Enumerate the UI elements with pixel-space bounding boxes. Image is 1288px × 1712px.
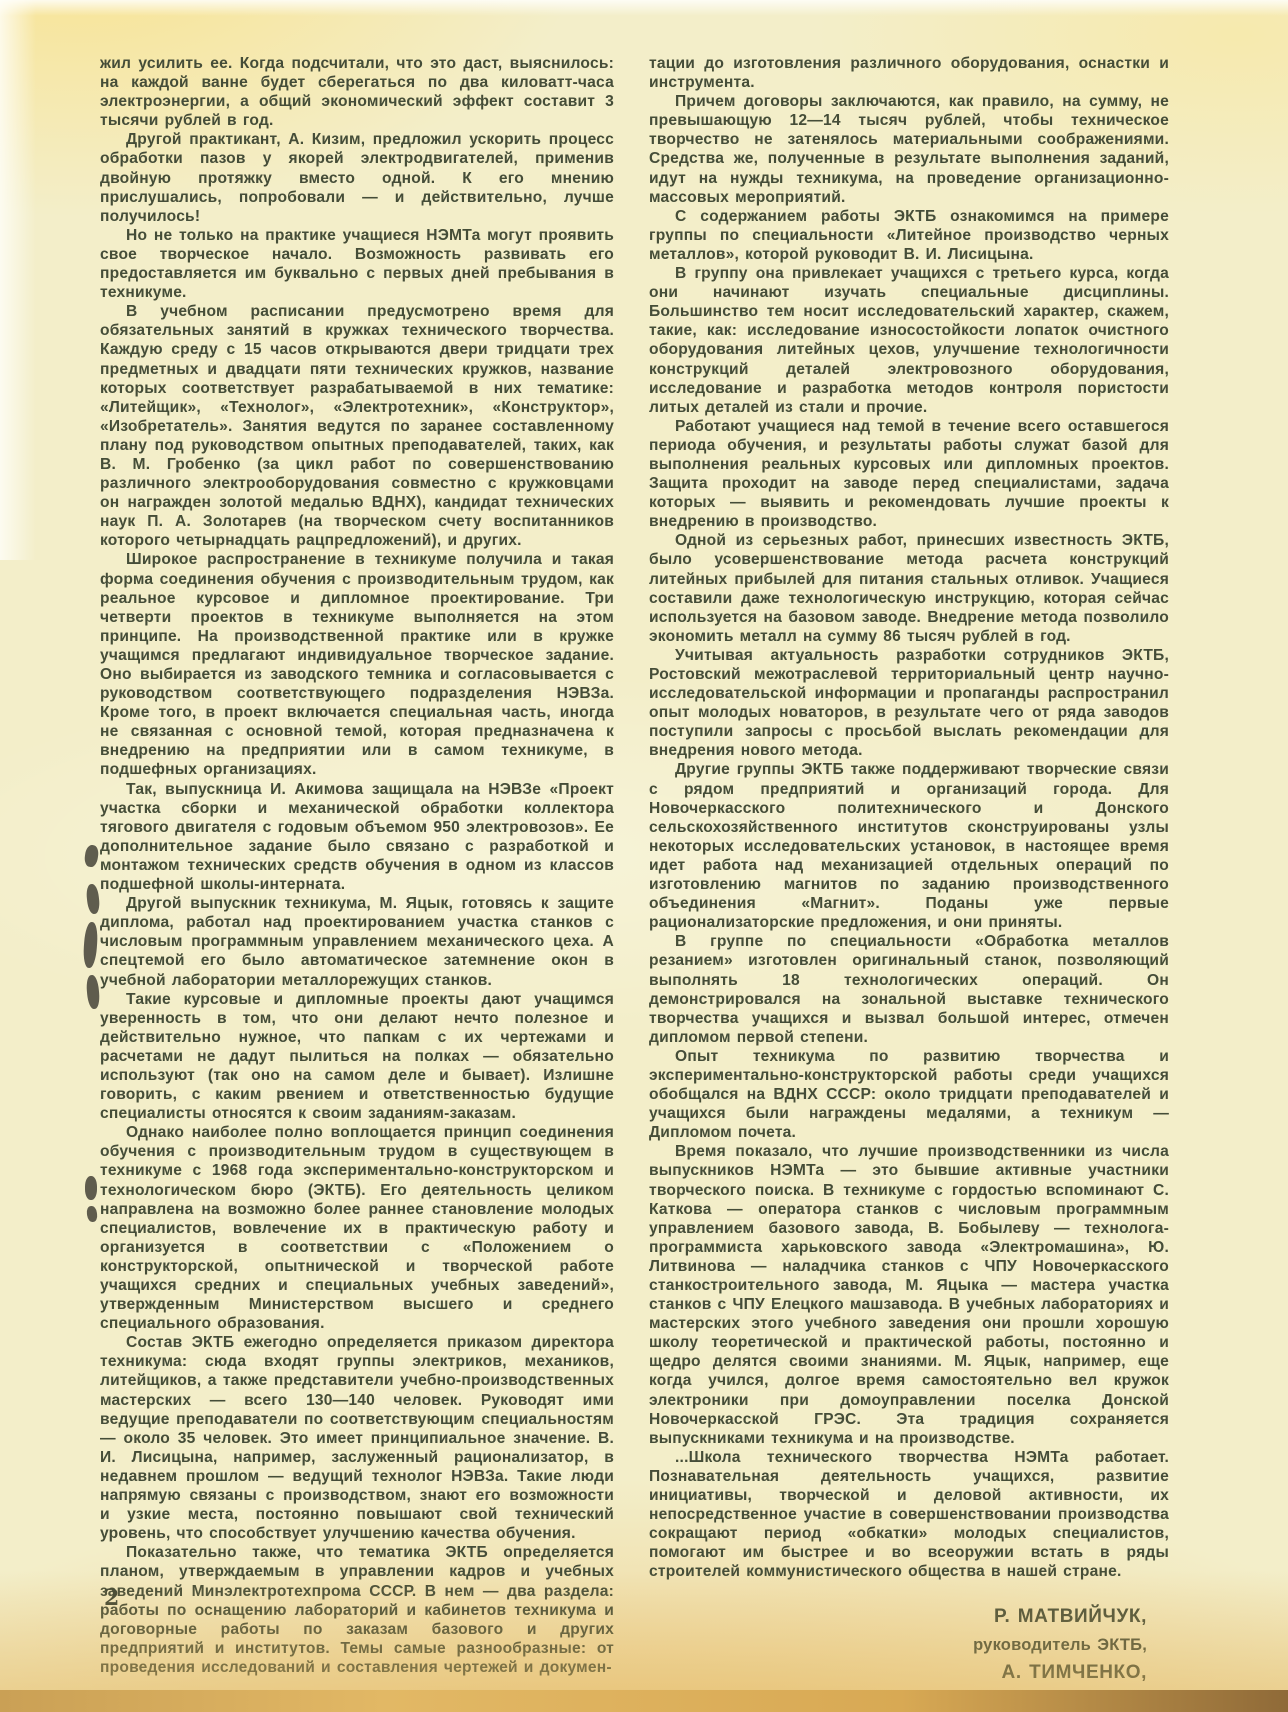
scan-edge-top — [0, 0, 1288, 16]
scan-edge-left — [0, 0, 36, 560]
paragraph: Время показало, что лучшие производствен… — [649, 1142, 1169, 1448]
paragraph: ...Школа технического творчества НЭМТа р… — [649, 1448, 1169, 1582]
scan-bottom-band — [0, 1690, 1288, 1712]
scan-artifact — [82, 922, 98, 969]
paragraph: Однако наиболее полно воплощается принци… — [100, 1123, 614, 1333]
paragraph: Такие курсовые и дипломные проекты дают … — [100, 990, 614, 1124]
paragraph: Другой выпускник техникума, М. Яцык, гот… — [100, 894, 614, 989]
scan-artifact — [86, 1205, 98, 1222]
right-column-paragraphs: тации до изготовления различного оборудо… — [649, 54, 1169, 1582]
paragraph: В группе по специальности «Обработка мет… — [649, 932, 1169, 1047]
scan-artifact — [84, 844, 100, 868]
scan-artifact — [86, 975, 101, 1010]
scan-artifact — [85, 883, 100, 914]
paragraph: Работают учащиеся над темой в течение вс… — [649, 417, 1169, 532]
paragraph: В группу она привлекает учащихся с треть… — [649, 264, 1169, 417]
paragraph: Другой практикант, А. Кизим, предложил у… — [100, 130, 614, 225]
paragraph: Учитывая актуальность разработки сотрудн… — [649, 646, 1169, 761]
paragraph: С содержанием работы ЭКТБ ознакомимся на… — [649, 207, 1169, 264]
paragraph: Одной из серьезных работ, принесших изве… — [649, 531, 1169, 646]
scan-bottom-glow — [0, 1570, 1288, 1690]
paragraph: В учебном расписании предусмотрено время… — [100, 302, 614, 550]
right-column: тации до изготовления различного оборудо… — [649, 54, 1169, 1712]
paragraph: Но не только на практике учащиеся НЭМТа … — [100, 226, 614, 302]
paragraph: Состав ЭКТБ ежегодно определяется приказ… — [100, 1333, 614, 1543]
paragraph: Причем договоры заключаются, как правило… — [649, 92, 1169, 207]
paragraph: Широкое распространение в техникуме полу… — [100, 550, 614, 779]
paragraph: жил усилить ее. Когда подсчитали, что эт… — [100, 54, 614, 130]
paragraph: Опыт техникума по развитию творчества и … — [649, 1047, 1169, 1142]
paragraph: Так, выпускница И. Акимова защищала на Н… — [100, 780, 614, 895]
magazine-page: жил усилить ее. Когда подсчитали, что эт… — [0, 0, 1288, 1712]
paragraph: Другие группы ЭКТБ также поддерживают тв… — [649, 760, 1169, 932]
scan-artifact — [85, 1176, 97, 1200]
paragraph: тации до изготовления различного оборудо… — [649, 54, 1169, 92]
left-column: жил усилить ее. Когда подсчитали, что эт… — [100, 54, 614, 1677]
